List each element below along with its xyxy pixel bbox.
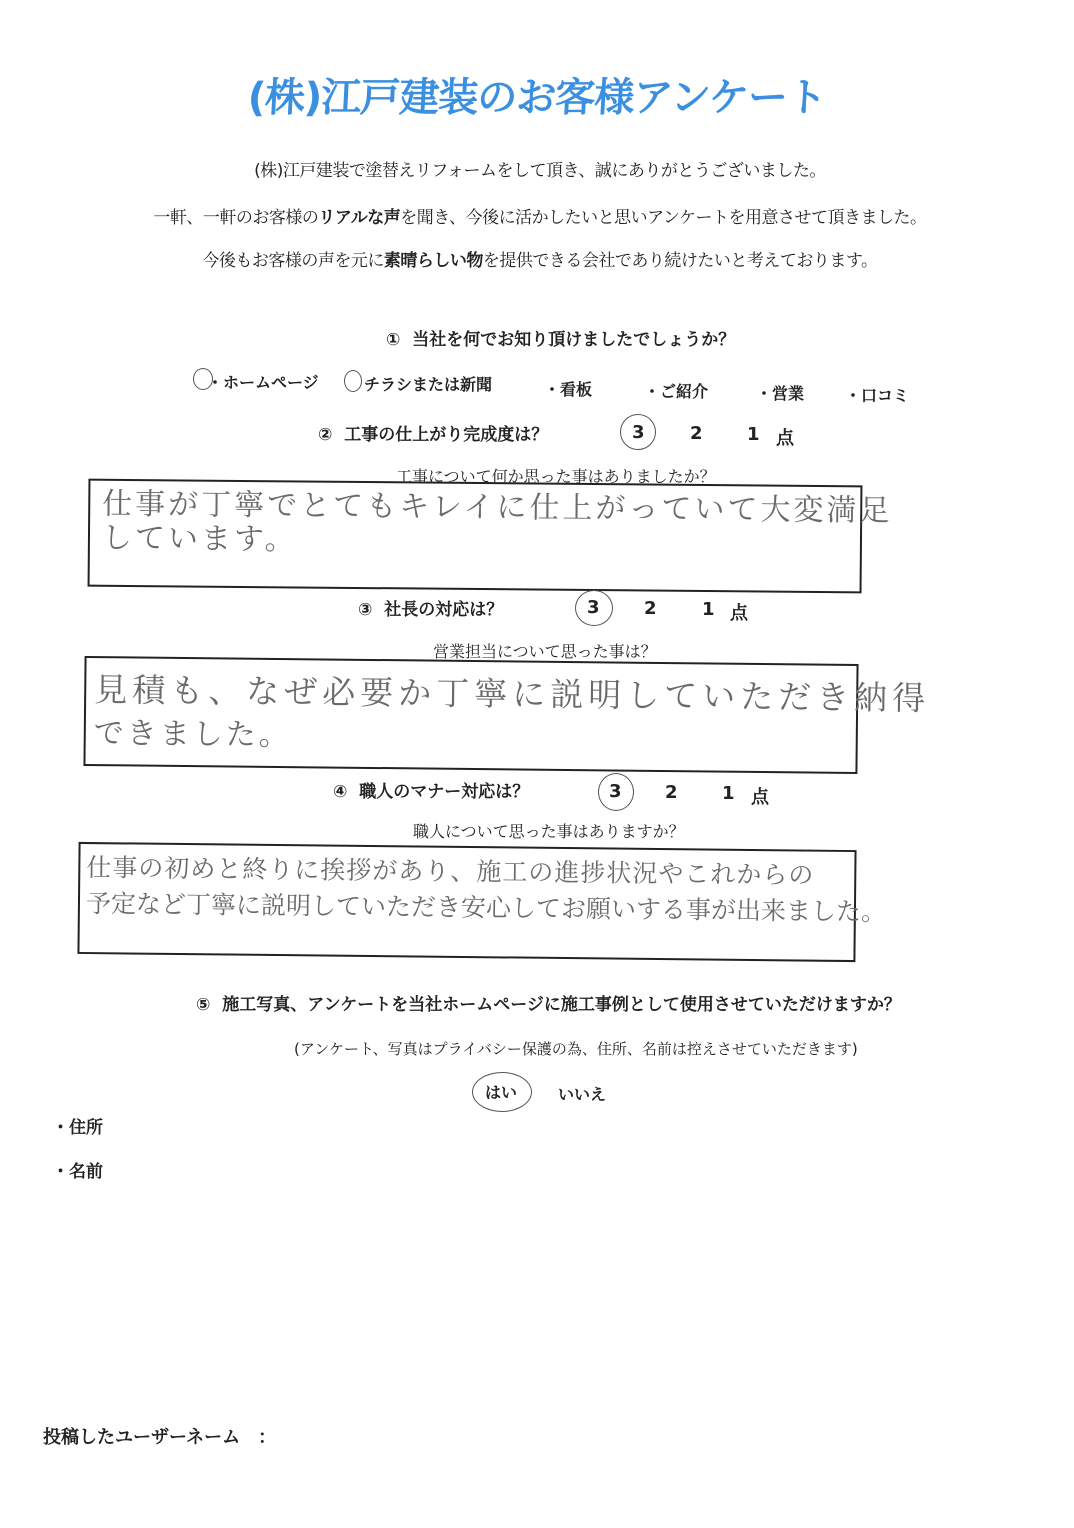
q2-unit: 点	[776, 424, 794, 450]
intro-line-3-bold: 素晴らしい物	[384, 251, 483, 271]
intro-line-2-pre: 一軒、一軒のお客様の	[153, 208, 318, 228]
q4-unit: 点	[751, 783, 769, 809]
q1-option-sales[interactable]: ・営業	[756, 381, 804, 404]
q1-option-signboard[interactable]: ・看板	[544, 377, 592, 400]
q1-option-referral[interactable]: ・ご紹介	[644, 379, 708, 402]
q1-heading: ① 当社を何でお知り頂けましたでしょうか？	[386, 325, 735, 350]
q3-score-1[interactable]: 1	[702, 599, 715, 620]
intro-line-2: 一軒、一軒のお客様のリアルな声を聞き、今後に活かしたいと思いアンケートを用意させ…	[0, 203, 1074, 228]
q4-score-2[interactable]: 2	[665, 782, 678, 803]
intro-line-3-pre: 今後もお客様の声を元に	[202, 251, 384, 271]
q4-score-3[interactable]: 3	[609, 781, 622, 802]
q4-heading: ④ 職人のマナー対応は？	[333, 777, 529, 802]
q5-yes-option[interactable]: はい	[485, 1080, 517, 1103]
q3-comment-prompt: 営業担当について思った事は？	[433, 639, 657, 662]
q2-comment-box[interactable]: 仕事が丁寧でとてもキレイに仕上がっていて大変満足 しています。	[88, 479, 863, 594]
q1-option-flyer-circle-mark	[344, 370, 362, 392]
q3-comment-line-2: できました。	[94, 716, 292, 754]
q2-question: 工事の仕上がり完成度は？	[344, 425, 548, 445]
survey-title: (株)江戸建装のお客様アンケート	[0, 66, 1074, 123]
q3-number: ③	[358, 600, 372, 620]
q1-number: ①	[386, 330, 400, 350]
q3-unit: 点	[730, 599, 748, 625]
username-label: 投稿したユーザーネーム ：	[43, 1423, 276, 1449]
q1-option-homepage[interactable]: ・ホームページ	[207, 370, 319, 393]
q1-option-word-of-mouth[interactable]: ・口コミ	[845, 383, 909, 406]
q4-comment-prompt: 職人について思った事はありますか？	[413, 819, 685, 842]
q3-comment-box[interactable]: 見積も、なぜ必要か丁寧に説明していただき納得 できました。	[83, 656, 858, 774]
q2-number: ②	[318, 425, 332, 445]
address-field[interactable]	[120, 1110, 620, 1136]
q2-score-3[interactable]: 3	[632, 422, 645, 443]
q3-heading: ③ 社長の対応は？	[358, 595, 503, 620]
q3-score-3[interactable]: 3	[587, 597, 600, 618]
q4-score-1[interactable]: 1	[722, 783, 735, 804]
intro-line-3: 今後もお客様の声を元に素晴らしい物を提供できる会社であり続けたいと考えております…	[0, 246, 1074, 271]
address-label: ・住所	[52, 1113, 103, 1138]
q4-question: 職人のマナー対応は？	[359, 782, 529, 802]
q5-privacy-note: (アンケート、写真はプライバシー保護の為、住所、名前は控えさせていただきます)	[294, 1038, 858, 1059]
q2-score-2[interactable]: 2	[690, 423, 703, 444]
username-field[interactable]	[270, 1420, 770, 1448]
q2-score-1[interactable]: 1	[747, 424, 760, 445]
q5-question: 施工写真、アンケートを当社ホームページに施工事例として使用させていただけますか？	[222, 995, 901, 1015]
q1-option-flyer[interactable]: チラシまたは新聞	[364, 372, 492, 395]
q5-number: ⑤	[196, 995, 210, 1015]
q5-no-option[interactable]: いいえ	[558, 1082, 606, 1105]
q5-heading: ⑤ 施工写真、アンケートを当社ホームページに施工事例として使用させていただけます…	[196, 990, 901, 1015]
intro-line-1: (株)江戸建装で塗替えリフォームをして頂き、誠にありがとうございました。	[0, 156, 1074, 181]
intro-line-3-post: を提供できる会社であり続けたいと考えております。	[483, 251, 878, 271]
name-label: ・名前	[52, 1157, 103, 1182]
intro-line-2-post: を聞き、今後に活かしたいと思いアンケートを用意させて頂きました。	[400, 208, 926, 228]
q2-comment-line-2: しています。	[102, 521, 298, 559]
q4-comment-box[interactable]: 仕事の初めと終りに挨拶があり、施工の進捗状況やこれからの 予定など丁寧に説明して…	[77, 842, 856, 962]
q4-comment-line-2: 予定など丁寧に説明していただき安心してお願いする事が出来ました。	[86, 886, 886, 930]
name-field[interactable]	[120, 1154, 620, 1180]
q2-heading: ② 工事の仕上がり完成度は？	[318, 420, 548, 445]
q3-question: 社長の対応は？	[384, 600, 503, 620]
q3-comment-line-1: 見積も、なぜ必要か丁寧に説明していただき納得	[94, 672, 930, 717]
intro-line-2-bold: リアルな声	[318, 208, 400, 228]
q1-question: 当社を何でお知り頂けましたでしょうか？	[412, 330, 735, 350]
q3-score-2[interactable]: 2	[644, 598, 657, 619]
q4-number: ④	[333, 782, 347, 802]
